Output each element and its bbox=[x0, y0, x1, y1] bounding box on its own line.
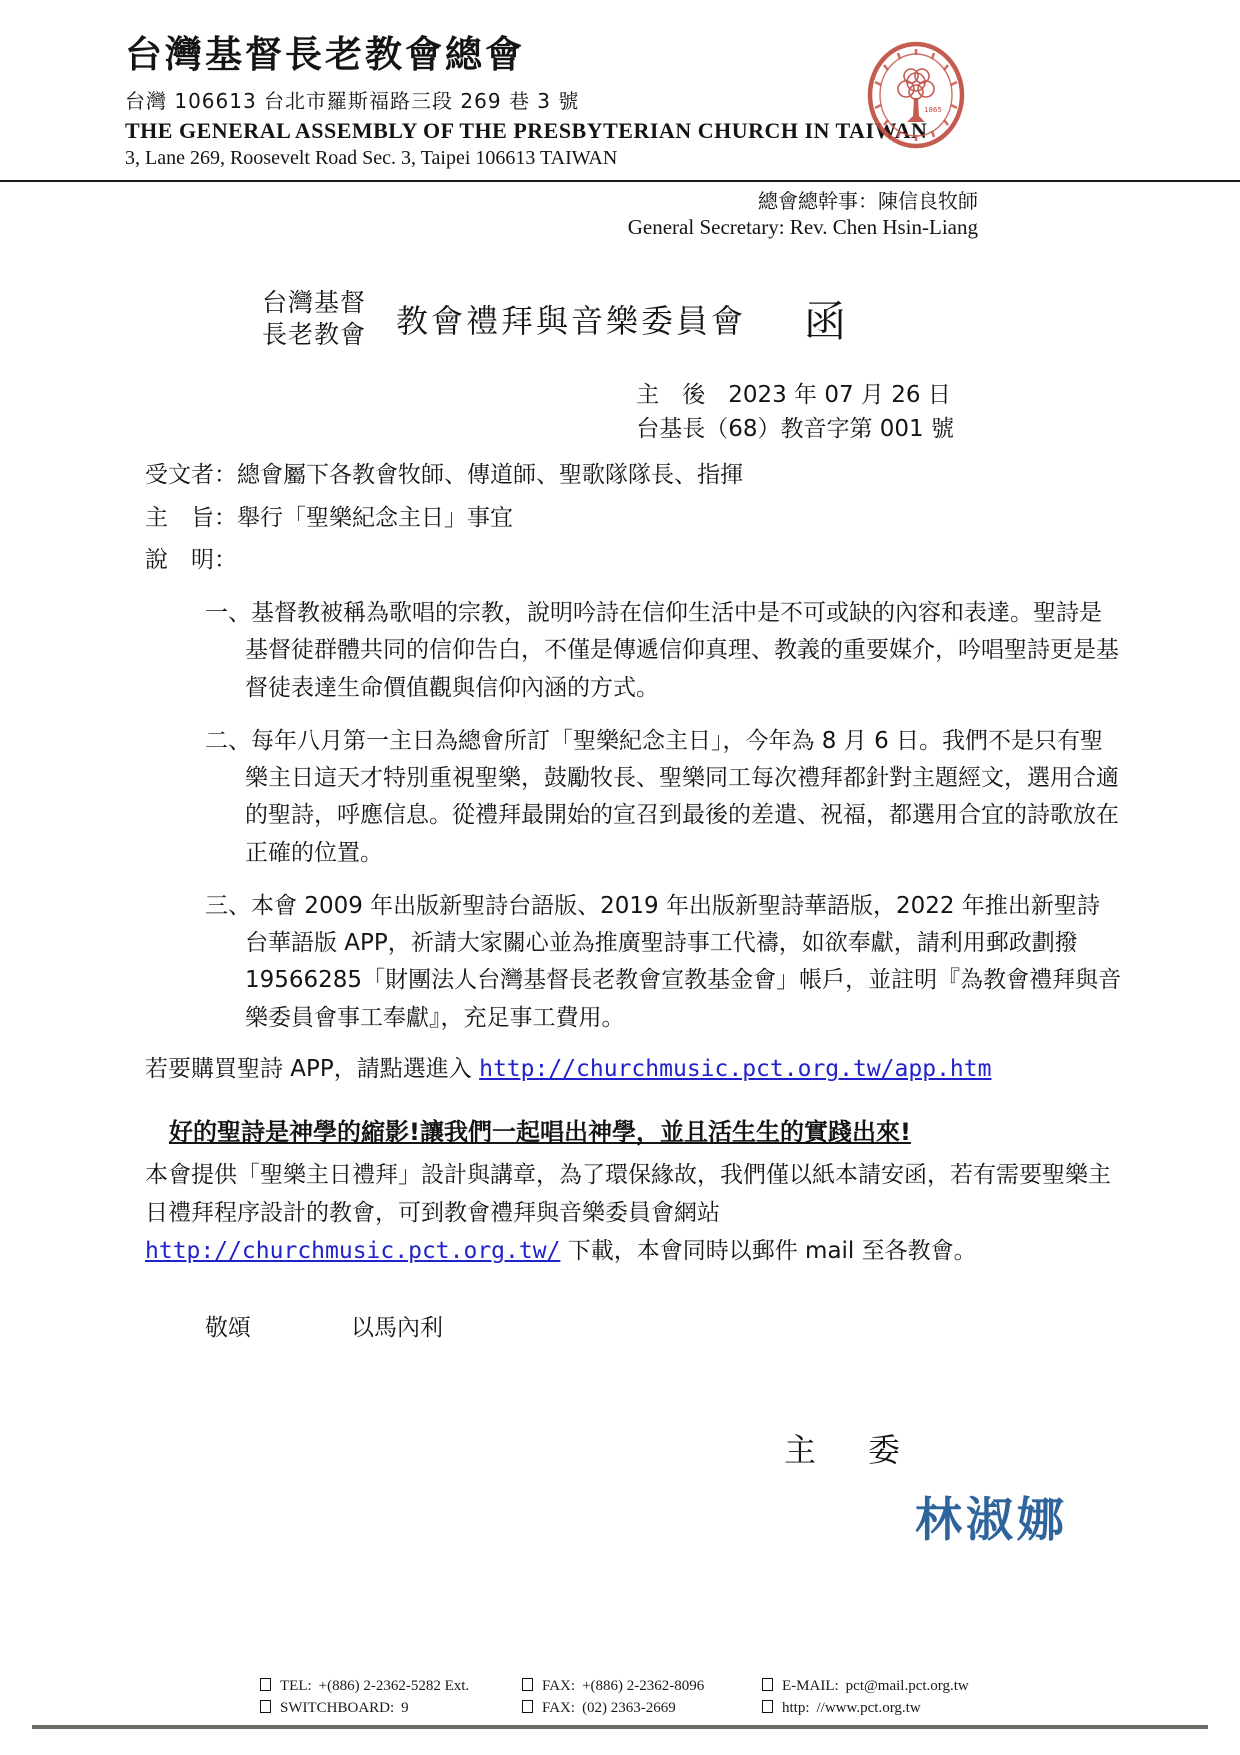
footer-fax1-value: +(886) 2-2362-8096 bbox=[582, 1678, 704, 1694]
regards-word-1: 敬頌 bbox=[205, 1315, 251, 1341]
date-line: 主 後 2023 年 07 月 26 日 bbox=[636, 378, 954, 413]
checkbox-icon bbox=[762, 1678, 773, 1691]
footer-tel-label: TEL: bbox=[280, 1678, 312, 1695]
recipient-line: 受文者：總會屬下各教會牧師、傳道師、聖歌隊隊長、指揮 bbox=[145, 457, 1122, 494]
checkbox-icon bbox=[260, 1678, 271, 1691]
footer-fax1-label: FAX: bbox=[542, 1678, 575, 1695]
regards-word-2: 以馬內利 bbox=[351, 1315, 443, 1341]
general-secretary-block: 總會總幹事：陳信良牧師 General Secretary: Rev. Chen… bbox=[0, 188, 1240, 241]
subject-value: 舉行「聖樂紀念主日」事宜 bbox=[237, 505, 513, 531]
explanation-label: 說 明： bbox=[145, 547, 237, 573]
explanation-item-2: 二、每年八月第一主日為總會所訂「聖樂紀念主日」，今年為 8 月 6 日。我們不是… bbox=[145, 723, 1122, 872]
recipient-value: 總會屬下各教會牧師、傳道師、聖歌隊隊長、指揮 bbox=[237, 462, 743, 488]
footer-website-value: //www.pct.org.tw bbox=[817, 1700, 921, 1716]
footer-website-label: http: bbox=[782, 1700, 810, 1717]
svg-text:1865: 1865 bbox=[924, 106, 942, 114]
closing-text-2: 下載，本會同時以郵件 mail 至各教會。 bbox=[560, 1238, 976, 1264]
footer-fax2-label: FAX: bbox=[542, 1700, 575, 1717]
org-address-en: 3, Lane 269, Roosevelt Road Sec. 3, Taip… bbox=[125, 147, 1210, 170]
org-address-zh: 台灣 106613 台北市羅斯福路三段 269 巷 3 號 bbox=[125, 85, 1210, 114]
app-purchase-line: 若要購買聖詩 APP，請點選進入 http://churchmusic.pct.… bbox=[145, 1051, 1122, 1088]
general-secretary-zh: 總會總幹事：陳信良牧師 bbox=[0, 188, 978, 214]
header-divider bbox=[0, 180, 1240, 182]
footer-switchboard: SWITCHBOARD:9 bbox=[260, 1700, 522, 1717]
item-number: 二、 bbox=[205, 728, 251, 754]
recipient-label: 受文者： bbox=[145, 462, 237, 488]
footer-contact-grid: TEL:+(886) 2-2362-5282 Ext. FAX:+(886) 2… bbox=[260, 1678, 1208, 1717]
letter-footer: TEL:+(886) 2-2362-5282 Ext. FAX:+(886) 2… bbox=[32, 1678, 1208, 1729]
footer-switchboard-label: SWITCHBOARD: bbox=[280, 1700, 394, 1717]
footer-tel: TEL:+(886) 2-2362-5282 Ext. bbox=[260, 1678, 522, 1695]
item-text: 基督教被稱為歌唱的宗教，說明吟詩在信仰生活中是不可或缺的內容和表達。聖詩是基督徒… bbox=[245, 600, 1119, 701]
signature-name: 林淑娜 bbox=[915, 1483, 1068, 1550]
date-reference-block: 主 後 2023 年 07 月 26 日 台基長（68）教音字第 001 號 bbox=[636, 378, 954, 447]
org-name-en: THE GENERAL ASSEMBLY OF THE PRESBYTERIAN… bbox=[125, 118, 1210, 144]
letter-title-row: 台灣基督 長老教會 教會禮拜與音樂委員會 函 bbox=[262, 287, 1240, 352]
letter-page: 台灣基督長老教會總會 台灣 106613 台北市羅斯福路三段 269 巷 3 號… bbox=[0, 0, 1240, 1755]
closing-paragraph: 本會提供「聖樂主日禮拜」設計與講章，為了環保緣故，我們僅以紙本請安函，若有需要聖… bbox=[145, 1156, 1122, 1271]
explanation-label-line: 說 明： bbox=[145, 542, 1122, 579]
regards-line: 敬頌以馬內利 bbox=[205, 1310, 1122, 1347]
issuer-name: 台灣基督 長老教會 bbox=[262, 287, 366, 352]
reference-number: 台基長（68）教音字第 001 號 bbox=[636, 412, 954, 447]
explanation-item-3: 三、本會 2009 年出版新聖詩台語版、2019 年出版新聖詩華語版，2022 … bbox=[145, 888, 1122, 1037]
footer-fax-2: FAX:(02) 2363-2669 bbox=[522, 1700, 762, 1717]
item-number: 三、 bbox=[205, 893, 251, 919]
issuer-line1: 台灣基督 bbox=[262, 287, 366, 320]
letterhead: 台灣基督長老教會總會 台灣 106613 台北市羅斯福路三段 269 巷 3 號… bbox=[0, 0, 1240, 170]
subject-line: 主 旨：舉行「聖樂紀念主日」事宜 bbox=[145, 500, 1122, 537]
slogan-line: 好的聖詩是神學的縮影!讓我們一起唱出神學，並且活生生的實踐出來! bbox=[169, 1114, 1122, 1150]
footer-divider bbox=[32, 1725, 1208, 1729]
closing-text-1: 本會提供「聖樂主日禮拜」設計與講章，為了環保緣故，我們僅以紙本請安函，若有需要聖… bbox=[145, 1162, 1111, 1226]
item-text: 每年八月第一主日為總會所訂「聖樂紀念主日」，今年為 8 月 6 日。我們不是只有… bbox=[245, 728, 1119, 866]
issuer-line2: 長老教會 bbox=[262, 319, 366, 352]
checkbox-icon bbox=[762, 1700, 773, 1713]
footer-switchboard-value: 9 bbox=[401, 1700, 409, 1716]
letter-body: 受文者：總會屬下各教會牧師、傳道師、聖歌隊隊長、指揮 主 旨：舉行「聖樂紀念主日… bbox=[0, 457, 1240, 1347]
footer-fax-1: FAX:+(886) 2-2362-8096 bbox=[522, 1678, 762, 1695]
committee-name: 教會禮拜與音樂委員會 bbox=[396, 296, 746, 342]
explanation-item-1: 一、基督教被稱為歌唱的宗教，說明吟詩在信仰生活中是不可或缺的內容和表達。聖詩是基… bbox=[145, 595, 1122, 707]
footer-fax2-value: (02) 2363-2669 bbox=[582, 1700, 676, 1716]
checkbox-icon bbox=[522, 1678, 533, 1691]
checkbox-icon bbox=[522, 1700, 533, 1713]
footer-email: E-MAIL:pct@mail.pct.org.tw bbox=[762, 1678, 1208, 1695]
app-download-link[interactable]: http://churchmusic.pct.org.tw/app.htm bbox=[479, 1056, 991, 1082]
item-text: 本會 2009 年出版新聖詩台語版、2019 年出版新聖詩華語版，2022 年推… bbox=[245, 893, 1121, 1031]
footer-email-label: E-MAIL: bbox=[782, 1678, 839, 1695]
signer-title: 主 委 bbox=[784, 1425, 910, 1471]
footer-email-value: pct@mail.pct.org.tw bbox=[846, 1678, 969, 1694]
committee-website-link[interactable]: http://churchmusic.pct.org.tw/ bbox=[145, 1238, 560, 1264]
subject-label: 主 旨： bbox=[145, 505, 237, 531]
org-name-zh: 台灣基督長老教會總會 bbox=[125, 34, 1210, 77]
item-number: 一、 bbox=[205, 600, 251, 626]
checkbox-icon bbox=[260, 1700, 271, 1713]
app-line-prefix: 若要購買聖詩 APP，請點選進入 bbox=[145, 1056, 479, 1082]
document-type: 函 bbox=[804, 289, 846, 349]
general-secretary-en: General Secretary: Rev. Chen Hsin-Liang bbox=[0, 214, 978, 241]
church-seal-icon: 1865 bbox=[866, 40, 966, 150]
footer-website: http://www.pct.org.tw bbox=[762, 1700, 1208, 1717]
footer-tel-value: +(886) 2-2362-5282 Ext. bbox=[319, 1678, 470, 1694]
